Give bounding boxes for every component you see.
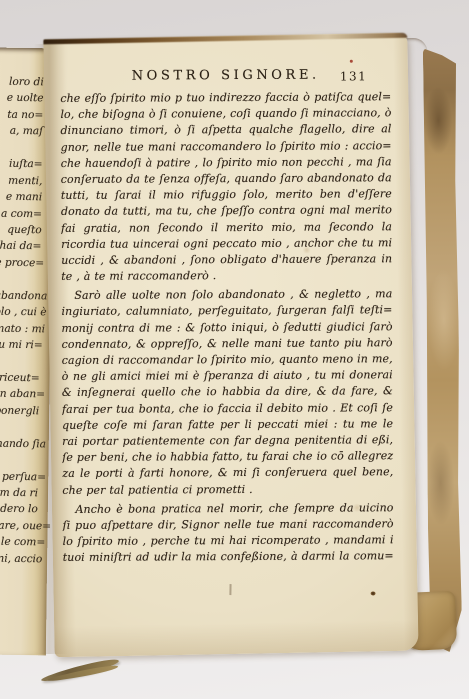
text-line: tuoi miniſtri ad udir la mia confeßione,…	[63, 548, 394, 566]
text-line: za le porti à farti honore, & mi ſi conſ…	[62, 465, 393, 483]
page-top-edge-stain	[43, 33, 407, 45]
text-line: & inſegnerai quello che io habbia da dir…	[62, 384, 393, 402]
text-line: uccidi , & abandoni , ſono obligato d'ha…	[61, 251, 392, 269]
text-line: ricordia tua uincerai ogni peccato mio ,…	[61, 235, 392, 253]
left-page-text-line: mando ſia	[0, 435, 39, 452]
text-line: che eſſo ſpirito mio p tuo indirezzo fac…	[60, 89, 391, 107]
text-line: che hauendoſi à patire , lo ſpirito mio …	[61, 154, 392, 172]
left-page-text-line: olo , cui è	[0, 304, 41, 321]
left-page-text-line: ponergli	[0, 402, 39, 419]
text-line: lo ſpirito mio , perche tu mi hai ricomp…	[63, 532, 394, 550]
wormhole	[371, 591, 376, 595]
text-line: Ancho è bona pratica nel morir, che ſemp…	[62, 500, 393, 518]
left-page-text-line: um da ri	[0, 485, 38, 502]
text-line: farai per tua bonta, che io faccia il de…	[62, 400, 393, 418]
left-page-text-line	[0, 139, 43, 156]
book-page: NOSTRO SIGNORE. 131 che eſſo ſpirito mio…	[43, 33, 418, 658]
left-page-text-line: on aban=	[0, 386, 40, 403]
text-line: lo, che biſogna ò ſi conuiene, coſi quan…	[60, 105, 391, 123]
left-page-text-line	[0, 419, 39, 436]
running-title: NOSTRO SIGNORE.	[132, 68, 320, 84]
left-page-text-line: mato : mi	[0, 320, 40, 337]
page-text-block: NOSTRO SIGNORE. 131 che eſſo ſpirito mio…	[60, 67, 394, 566]
left-page-text-line: ani, accio	[0, 550, 37, 567]
left-page-text-line: ta no=	[0, 107, 43, 124]
text-line: tutti, tu ſarai il mio rifuggio ſolo, me…	[61, 186, 392, 204]
left-page-text-line: iuſta=	[0, 156, 43, 173]
text-line: gnor, nelle tue mani raccomandero lo ſpi…	[61, 138, 392, 156]
left-page-text-line: riceut=	[0, 369, 40, 386]
paragraph-1: che eſſo ſpirito mio p tuo indirezzo fac…	[60, 89, 392, 285]
text-line: conſeruato da te ſenza offeſa, quando ſa…	[61, 170, 392, 188]
text-line: ſe per beni, che io habbia fatto, tu far…	[62, 448, 393, 466]
text-line: queſte coſe mi ſaran fatte per li peccat…	[62, 416, 393, 434]
left-page-text-line: e le com=	[0, 534, 37, 551]
text-line: dinunciano timori, ò ſi aſpetta qualche …	[60, 122, 391, 140]
paragraph-2: Sarò alle uolte non ſolo abandonato , & …	[61, 286, 393, 498]
left-page-text-line: dare, oue=	[0, 517, 38, 534]
left-page-text-fragments: loro di e uolte ta no= a, maſ iuſta= men…	[0, 74, 44, 568]
text-line: che per tal patientia ci prometti .	[62, 481, 393, 499]
page-header: NOSTRO SIGNORE. 131	[60, 67, 391, 88]
page-number: 131	[340, 69, 367, 83]
text-line: ingiuriato, calumniato, perſeguitato, ſu…	[61, 303, 392, 321]
left-page-text-line	[0, 353, 40, 370]
left-page-text-line: e uolte	[0, 90, 44, 107]
left-page-text-line: o perſua=	[0, 468, 38, 485]
text-line: Sarò alle uolte non ſolo abandonato , & …	[61, 286, 392, 304]
left-page-text-line: queſto	[0, 222, 42, 239]
text-line: fai gratia, non ſecondo il merito mio, m…	[61, 219, 392, 237]
binding-tie	[40, 656, 120, 684]
text-line: condennato, & oppreſſo, & nelle mani tue…	[62, 335, 393, 353]
text-line: donato da tutti, ma tu, che ſpeſſo contr…	[61, 203, 392, 221]
photo-backdrop: loro di e uolte ta no= a, maſ iuſta= men…	[0, 0, 469, 699]
text-line: ſi puo aſpettare dir, Signor nelle tue m…	[63, 516, 394, 534]
left-page-text-line: abandona	[0, 287, 41, 304]
paragraph-3: Ancho è bona pratica nel morir, che ſemp…	[62, 500, 393, 566]
left-page-text-line: ndero lo	[0, 501, 38, 518]
text-line: cagion di raccomandar lo ſpirito mio, qu…	[62, 351, 393, 369]
left-page-text-line	[0, 452, 39, 469]
red-speck	[350, 60, 353, 63]
left-page-text-line: hai da=	[0, 238, 42, 255]
fiber-mark	[229, 584, 231, 595]
left-page-text-line	[0, 271, 41, 288]
text-line: ò ne gli amici miei mi è ſperanza di aiu…	[62, 367, 393, 385]
left-page-text-line: è proce=	[0, 254, 41, 271]
left-page-text-line: e mani	[0, 189, 42, 206]
left-page-text-line: a com=	[0, 205, 42, 222]
left-page-text-line: menti,	[0, 172, 42, 189]
text-line: monij contra di me : & ſotto iniqui, ò ſ…	[61, 319, 392, 337]
left-page-text-line: tu mi ri=	[0, 337, 40, 354]
text-line: rai portar patientemente con far degna p…	[62, 432, 393, 450]
text-line: te , à te mi raccomanderò .	[61, 267, 392, 285]
left-page-text-line: loro di	[0, 74, 44, 91]
left-page-text-line: a, maſ	[0, 123, 43, 140]
